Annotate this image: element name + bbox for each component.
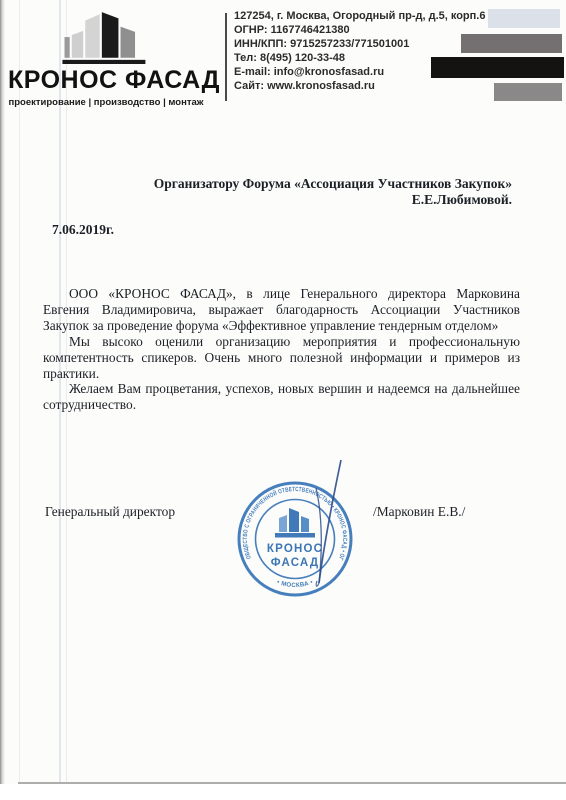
buildings-icon [54, 8, 158, 64]
redaction-bar-gray-2 [494, 83, 562, 101]
contact-inn-kpp: ИНН/КПП: 9715257233/771501001 [234, 37, 494, 51]
recipient-block: Организатору Форума «Ассоциация Участник… [154, 176, 512, 208]
scan-edge-left [0, 0, 5, 800]
contact-address: 127254, г. Москва, Огородный пр-д, д.5, … [234, 9, 494, 23]
handwritten-signature [295, 450, 355, 595]
signatory-title: Генеральный директор [45, 504, 175, 520]
scan-fold-line [19, 0, 20, 782]
company-logo: КРОНОС ФАСАД проектирование | производст… [8, 8, 204, 108]
paragraph-3: Желаем Вам процветания, успехов, новых в… [43, 381, 520, 413]
contact-info: 127254, г. Москва, Огородный пр-д, д.5, … [234, 9, 494, 93]
signatory-name: /Марковин Е.В./ [373, 504, 465, 520]
redaction-bar-light [488, 9, 560, 28]
scanner-background [0, 784, 566, 800]
contact-website: Сайт: www.kronosfasad.ru [234, 79, 494, 93]
letter-date: 7.06.2019г. [52, 222, 114, 238]
scanned-letter-page: КРОНОС ФАСАД проектирование | производст… [0, 0, 566, 800]
recipient-line-1: Организатору Форума «Ассоциация Участник… [154, 176, 512, 192]
contact-ogrn: ОГНР: 1167746421380 [234, 23, 494, 37]
recipient-line-2: Е.Е.Любимовой. [154, 192, 512, 208]
company-name: КРОНОС ФАСАД [8, 66, 204, 95]
redaction-bar-gray-1 [461, 34, 562, 53]
company-tagline: проектирование | производство | монтаж [8, 97, 204, 108]
redaction-bar-black [431, 57, 564, 78]
letter-body: ООО «КРОНОС ФАСАД», в лице Генерального … [43, 286, 520, 413]
paragraph-1: ООО «КРОНОС ФАСАД», в лице Генерального … [43, 286, 520, 334]
paragraph-2: Мы высоко оценили организацию мероприяти… [43, 334, 520, 382]
header-divider [225, 13, 227, 101]
